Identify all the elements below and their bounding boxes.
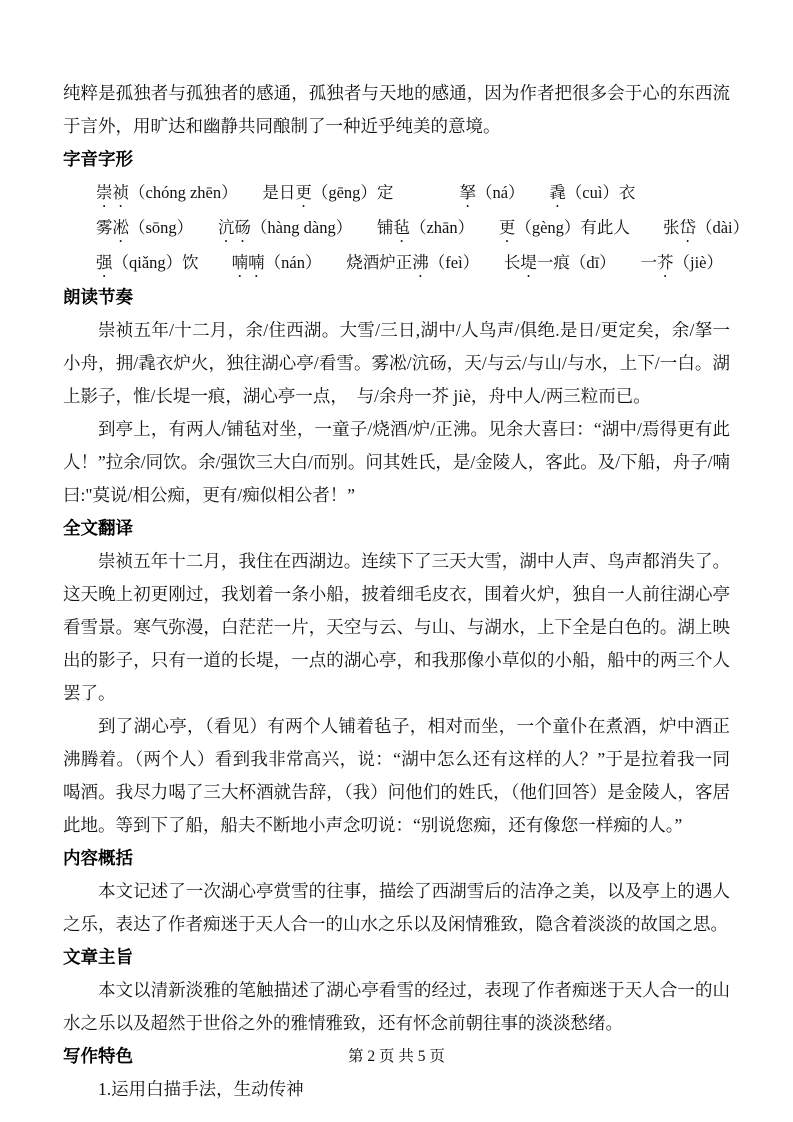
pinyin-text: （hàng dàng） [251, 218, 377, 237]
translation-paragraph-1: 崇祯五年十二月，我住在西湖边。连续下了三天大雪，湖中人声、鸟声都消失了。这天晚上… [63, 545, 730, 710]
emphasized-character: 毳 [549, 183, 566, 202]
intro-paragraph: 纯粹是孤独者与孤独者的感通，孤独者与天地的感通，因为作者把很多会于心的东西流于言… [63, 77, 730, 143]
emphasized-character: 拏 [459, 183, 476, 202]
pinyin-text: 烧酒炉正 [346, 253, 412, 272]
pinyin-text: （feì） [429, 253, 504, 272]
pinyin-text: （gēng）定 [312, 183, 460, 202]
pinyin-row-3: 强（qiǎng）饮 喃喃（nán） 烧酒炉正沸（feì） 长堤一痕（dī） 一芥… [63, 246, 730, 281]
pinyin-text: （qiǎng）饮 [113, 253, 232, 272]
pinyin-text: （ná） [476, 183, 549, 202]
content-summary-paragraph: 本文记述了一次湖心亭赏雪的往事，描绘了西湖雪后的洁净之美，以及亭上的遇人之乐，表… [63, 875, 730, 941]
pinyin-text: 铺 [377, 218, 394, 237]
pinyin-text: 一痕（dī） [537, 253, 641, 272]
pinyin-text: （gèng）有此人 [515, 218, 663, 237]
pinyin-text: （dài） [696, 218, 749, 237]
pinyin-text: （cuì）衣 [566, 183, 636, 202]
pinyin-text: （zhān） [410, 218, 499, 237]
page-number-footer: 第 2 页 共 5 页 [0, 1042, 793, 1072]
writing-features-item-1: 1.运用白描手法，生动传神 [63, 1073, 730, 1106]
section-heading-translation: 全文翻译 [63, 512, 730, 545]
document-page: 纯粹是孤独者与孤独者的感通，孤独者与天地的感通，因为作者把很多会于心的东西流于言… [0, 0, 793, 1122]
section-heading-content-summary: 内容概括 [63, 842, 730, 875]
emphasized-character: 崇祯 [96, 183, 129, 202]
emphasized-character: 毡 [393, 218, 410, 237]
emphasized-character: 强 [96, 253, 113, 272]
emphasized-character: 堤 [520, 253, 537, 272]
pinyin-row-2: 雾凇（sōng） 沆砀（hàng dàng） 铺毡（zhān） 更（gèng）有… [63, 211, 730, 246]
pinyin-text: （nán） [265, 253, 347, 272]
section-heading-reading-rhythm: 朗读节奏 [63, 281, 730, 314]
pinyin-text: 长 [504, 253, 521, 272]
page-background: { "intro": { "text": "纯粹是孤独者与孤独者的感通，孤独者与… [0, 0, 793, 1122]
pinyin-text: （jiè） [674, 253, 724, 272]
emphasized-character: 沆砀 [218, 218, 251, 237]
emphasized-character: 喃喃 [232, 253, 265, 272]
pinyin-text: 一 [641, 253, 658, 272]
pinyin-text: （chóng zhēn） 是日 [129, 183, 295, 202]
pinyin-text: 雾 [96, 218, 113, 237]
main-theme-paragraph: 本文以清新淡雅的笔触描述了湖心亭看雪的经过，表现了作者痴迷于天人合一的山水之乐以… [63, 974, 730, 1040]
emphasized-character: 更 [499, 218, 516, 237]
pinyin-row-1: 崇祯（chóng zhēn） 是日更（gēng）定 拏（ná） 毳（cuì）衣 [63, 176, 730, 211]
reading-rhythm-paragraph-1: 崇祯五年/十二月，余/住西湖。大雪/三日,湖中/人鸟声/俱绝.是日/更定矣，余/… [63, 314, 730, 413]
translation-paragraph-2: 到了湖心亭，（看见）有两个人铺着毡子，相对而坐，一个童仆在煮酒，炉中酒正沸腾着。… [63, 710, 730, 842]
reading-rhythm-paragraph-2: 到亭上，有两人/铺毡对坐，一童子/烧酒/炉/正沸。见余大喜曰：“湖中/焉得更有此… [63, 413, 730, 512]
section-heading-main-theme: 文章主旨 [63, 941, 730, 974]
pinyin-text: 张 [663, 218, 680, 237]
section-heading-pronunciation: 字音字形 [63, 143, 730, 176]
emphasized-character: 更 [295, 183, 312, 202]
emphasized-character: 芥 [657, 253, 674, 272]
emphasized-character: 岱 [679, 218, 696, 237]
emphasized-character: 凇 [113, 218, 130, 237]
pinyin-text: （sōng） [129, 218, 218, 237]
emphasized-character: 沸 [412, 253, 429, 272]
